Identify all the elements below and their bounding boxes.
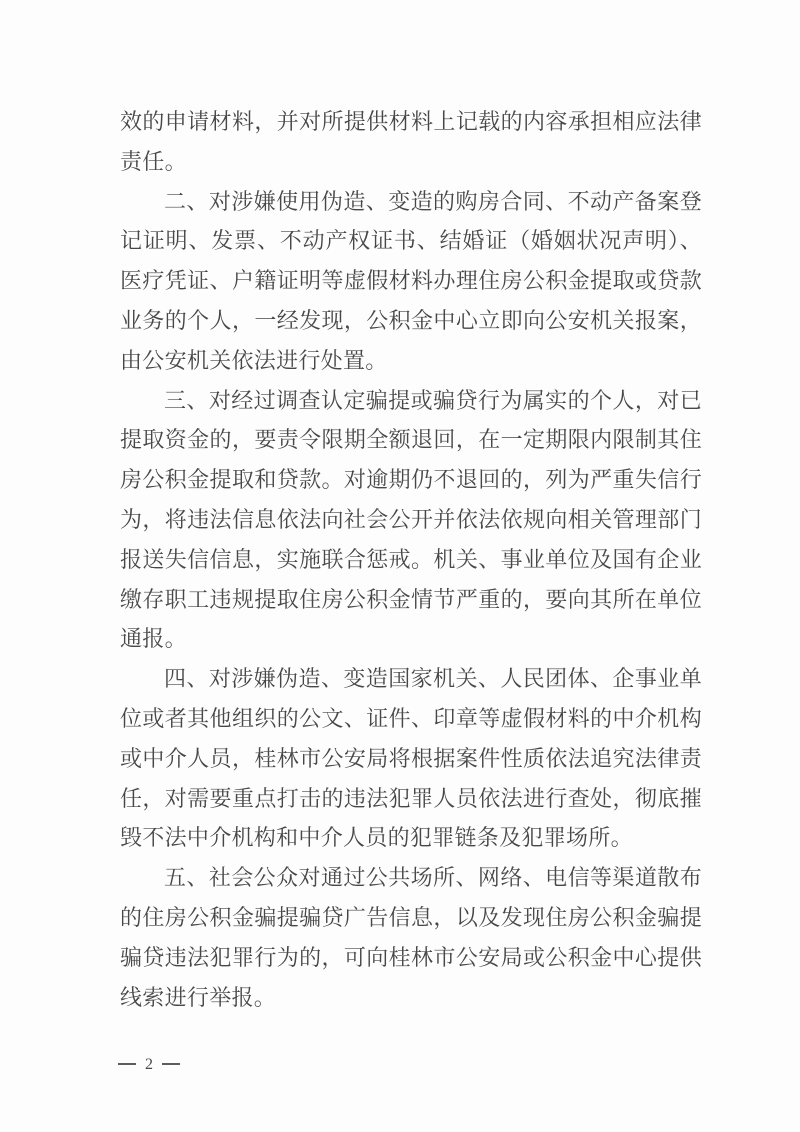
page-number-dash-left: [118, 1063, 136, 1065]
document-body: 效的申请材料，并对所提供材料上记载的内容承担相应法律责任。 二、对涉嫌使用伪造、…: [120, 102, 702, 1017]
paragraph-item-4: 四、对涉嫌伪造、变造国家机关、人民团体、企事业单位或者其他组织的公文、证件、印章…: [120, 659, 702, 858]
document-page: 效的申请材料，并对所提供材料上记载的内容承担相应法律责任。 二、对涉嫌使用伪造、…: [0, 0, 800, 1132]
paragraph-continuation: 效的申请材料，并对所提供材料上记载的内容承担相应法律责任。: [120, 102, 702, 182]
paragraph-item-5: 五、社会公众对通过公共场所、网络、电信等渠道散布的住房公积金骗提骗贷广告信息，以…: [120, 858, 702, 1017]
paragraph-item-2: 二、对涉嫌使用伪造、变造的购房合同、不动产备案登记证明、发票、不动产权证书、结婚…: [120, 182, 702, 381]
page-number-value: 2: [145, 1057, 153, 1073]
page-number: 2: [118, 1056, 180, 1072]
paragraph-item-3: 三、对经过调查认定骗提或骗贷行为属实的个人，对已提取资金的，要责令限期全额退回，…: [120, 381, 702, 660]
page-number-dash-right: [162, 1063, 180, 1065]
